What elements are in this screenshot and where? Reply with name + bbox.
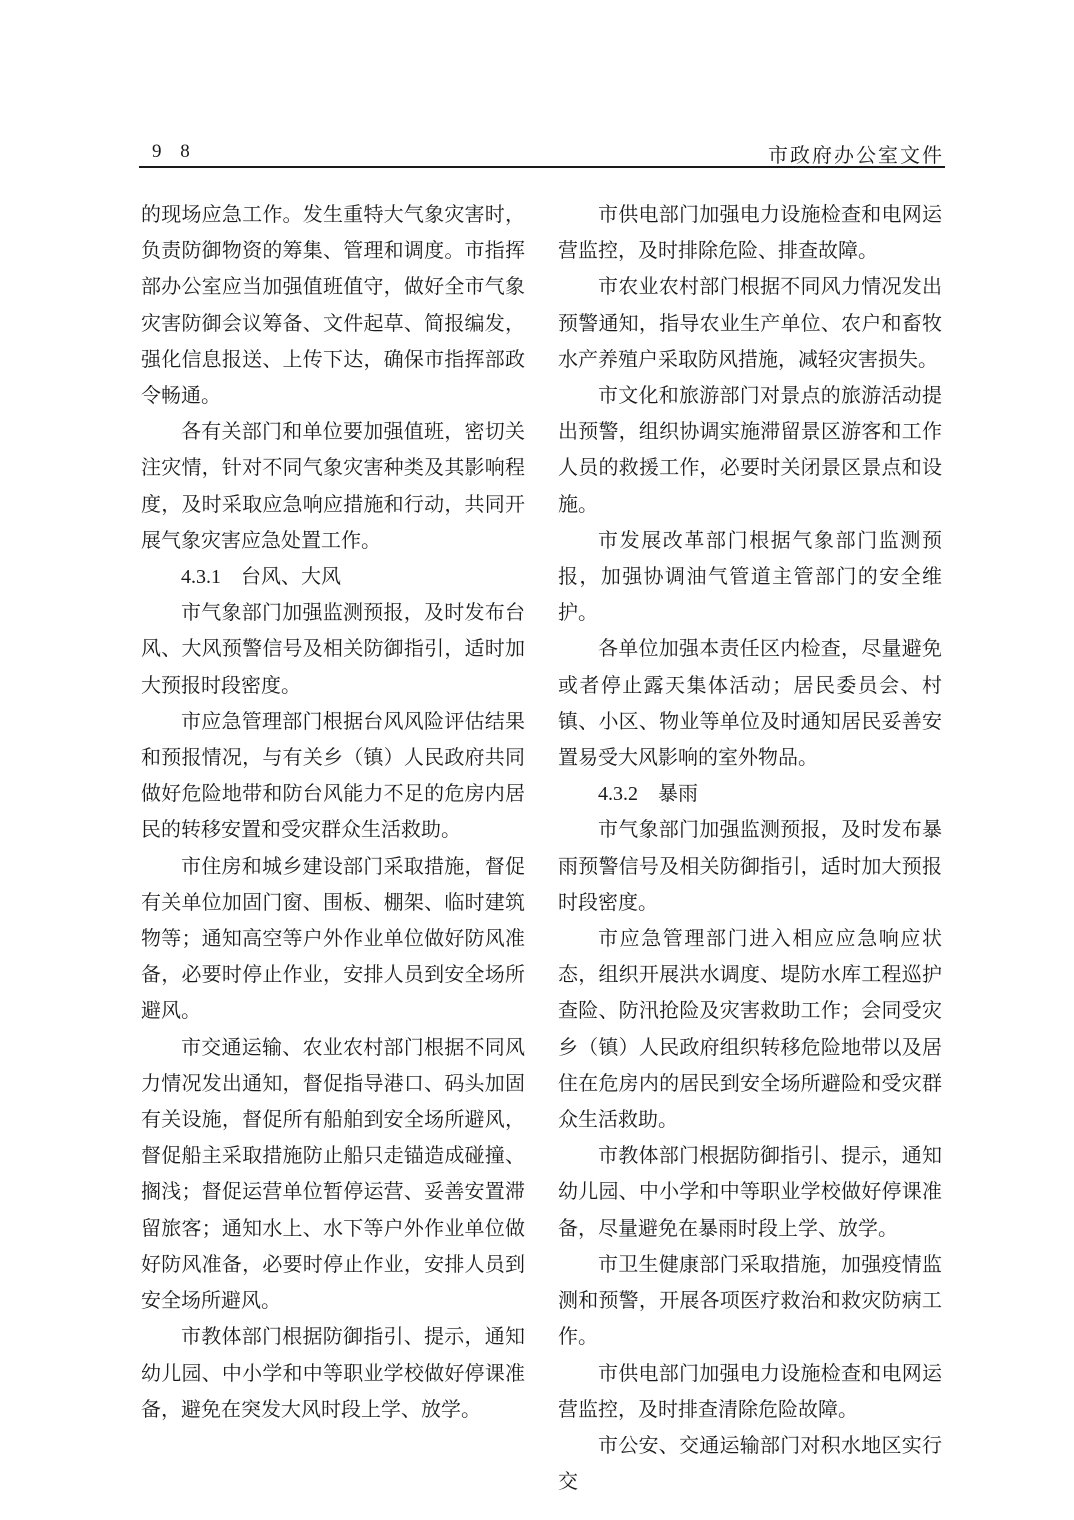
paragraph: 市供电部门加强电力设施检查和电网运营监控，及时排查清除危险故障。 <box>558 1356 942 1428</box>
right-column: 市供电部门加强电力设施检查和电网运营监控，及时排除危险、排查故障。 市农业农村部… <box>558 197 942 1500</box>
paragraph: 市农业农村部门根据不同风力情况发出预警通知，指导农业生产单位、农户和畜牧水产养殖… <box>558 269 942 378</box>
paragraph: 市交通运输、农业农村部门根据不同风力情况发出通知，督促指导港口、码头加固有关设施… <box>141 1030 525 1320</box>
paragraph: 的现场应急工作。发生重特大气象灾害时，负责防御物资的筹集、管理和调度。市指挥部办… <box>141 197 525 414</box>
paragraph: 市教体部门根据防御指引、提示，通知幼儿园、中小学和中等职业学校做好停课准备，避免… <box>141 1319 525 1428</box>
paragraph: 各有关部门和单位要加强值班，密切关注灾情，针对不同气象灾害种类及其影响程度，及时… <box>141 414 525 559</box>
paragraph: 市文化和旅游部门对景点的旅游活动提出预警，组织协调实施滞留景区游客和工作人员的救… <box>558 378 942 523</box>
paragraph: 市卫生健康部门采取措施，加强疫情监测和预警，开展各项医疗救治和救灾防病工作。 <box>558 1247 942 1356</box>
section-heading-432: 4.3.2 暴雨 <box>558 776 942 812</box>
paragraph: 市住房和城乡建设部门采取措施，督促有关单位加固门窗、围板、棚架、临时建筑物等；通… <box>141 849 525 1030</box>
left-column: 的现场应急工作。发生重特大气象灾害时，负责防御物资的筹集、管理和调度。市指挥部办… <box>141 197 525 1428</box>
page-number: 9 8 <box>152 141 197 163</box>
document-header-label: 市政府办公室文件 <box>768 139 944 168</box>
paragraph: 市发展改革部门根据气象部门监测预报，加强协调油气管道主管部门的安全维护。 <box>558 523 942 632</box>
paragraph: 市应急管理部门进入相应应急响应状态，组织开展洪水调度、堤防水库工程巡护查险、防汛… <box>558 921 942 1138</box>
paragraph: 市教体部门根据防御指引、提示，通知幼儿园、中小学和中等职业学校做好停课准备，尽量… <box>558 1138 942 1247</box>
paragraph: 各单位加强本责任区内检查，尽量避免或者停止露天集体活动；居民委员会、村镇、小区、… <box>558 631 942 776</box>
section-heading-431: 4.3.1 台风、大风 <box>141 559 525 595</box>
paragraph: 市供电部门加强电力设施检查和电网运营监控，及时排除危险、排查故障。 <box>558 197 942 269</box>
paragraph: 市应急管理部门根据台风风险评估结果和预报情况，与有关乡（镇）人民政府共同做好危险… <box>141 704 525 849</box>
paragraph: 市气象部门加强监测预报，及时发布台风、大风预警信号及相关防御指引，适时加大预报时… <box>141 595 525 704</box>
paragraph: 市气象部门加强监测预报，及时发布暴雨预警信号及相关防御指引，适时加大预报时段密度… <box>558 812 942 921</box>
header-divider-rule <box>139 166 945 168</box>
paragraph: 市公安、交通运输部门对积水地区实行交 <box>558 1428 942 1500</box>
document-page: 9 8 市政府办公室文件 的现场应急工作。发生重特大气象灾害时，负责防御物资的筹… <box>0 0 1074 1520</box>
